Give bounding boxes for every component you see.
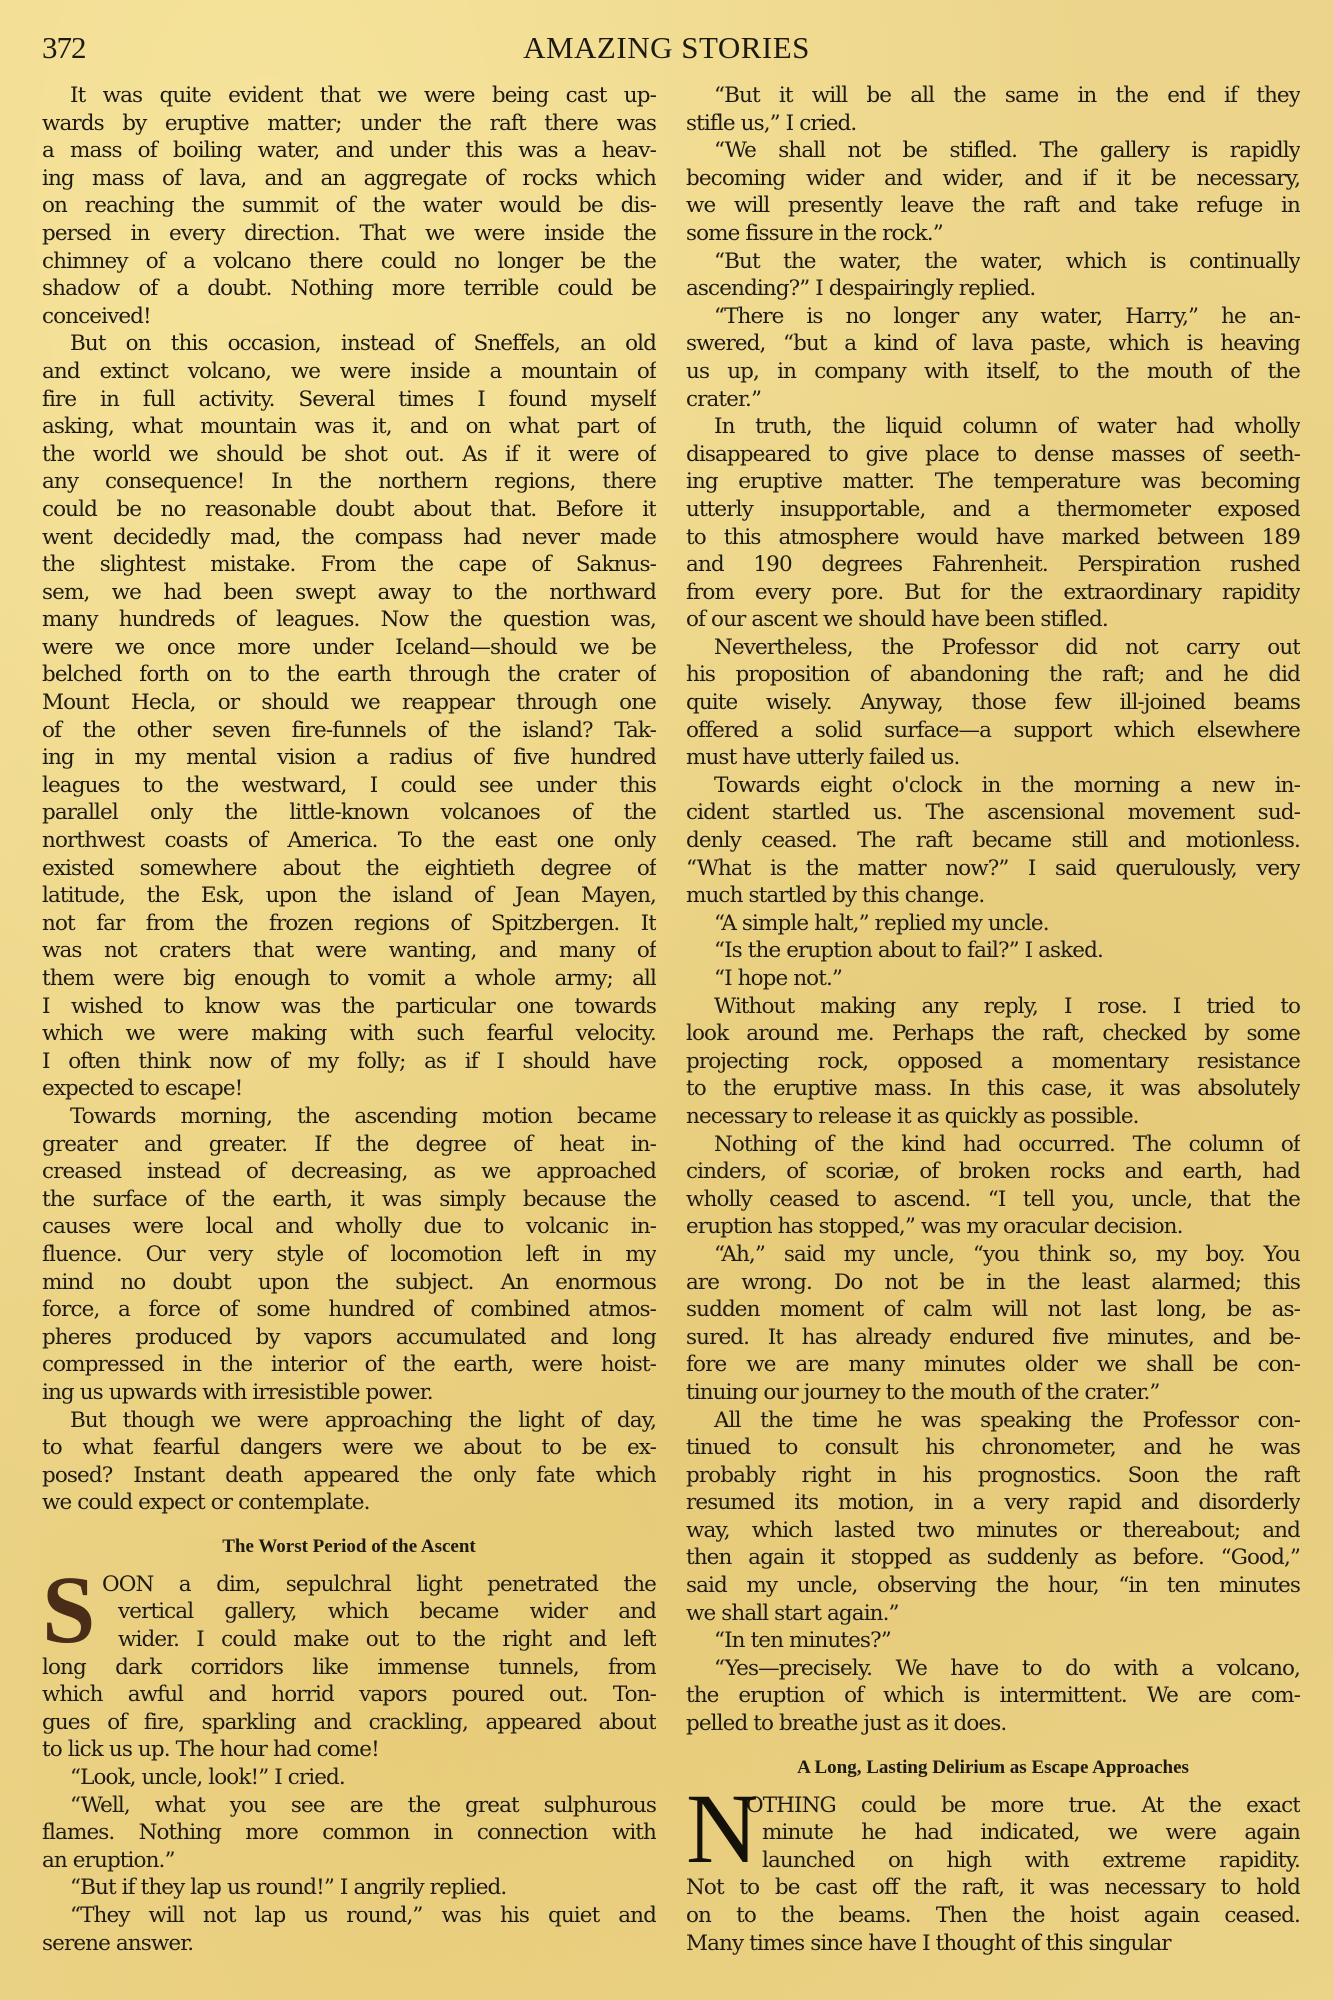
text-line: pelled to breathe just as it does. [686,1710,1300,1738]
text-line: launched on high with extreme rapidity. [686,1847,1300,1875]
text-line: must have utterly failed us. [686,744,1300,772]
paragraph: “Ah,” said my uncle, “you think so, my b… [686,1241,1300,1407]
text-line: “We shall not be stifled. The gallery is… [686,137,1300,165]
text-line: ing us upwards with irresistible power. [42,1379,656,1407]
text-line: much startled by this change. [686,882,1300,910]
text-line: long dark corridors like immense tunnels… [42,1654,656,1682]
text-line: us up, in company with itself, to the mo… [686,358,1300,386]
text-line: “A simple halt,” replied my uncle. [686,910,1300,938]
text-line: “Is the eruption about to fail?” I asked… [686,937,1300,965]
text-line: existed somewhere about the eightieth de… [42,855,656,883]
paragraph: “I hope not.” [686,965,1300,993]
text-line: disappeared to give place to dense masse… [686,441,1300,469]
text-line: utterly insupportable, and a thermometer… [686,496,1300,524]
paragraph: “But it will be all the same in the end … [686,82,1300,137]
text-line: which we were making with such fearful v… [42,1020,656,1048]
text-line: “Well, what you see are the great sulphu… [42,1792,656,1820]
text-line: on reaching the summit of the water woul… [42,192,656,220]
text-line: cident startled us. The ascensional move… [686,799,1300,827]
text-line: “In ten minutes?” [686,1627,1300,1655]
text-line: “There is no longer any water, Harry,” h… [686,303,1300,331]
paragraph: “Yes—precisely. We have to do with a vol… [686,1655,1300,1738]
text-line: ing in my mental vision a radius of five… [42,744,656,772]
text-line: we will presently leave the raft and tak… [686,192,1300,220]
text-line: serene answer. [42,1930,656,1958]
text-line: we could expect or contemplate. [42,1489,656,1517]
text-line: “Look, uncle, look!” I cried. [42,1764,656,1792]
text-line: leagues to the westward, I could see und… [42,772,656,800]
text-line: wards by eruptive matter; under the raft… [42,110,656,138]
text-line: the world we should be shot out. As if i… [42,441,656,469]
text-line: fluence. Our very style of locomotion le… [42,1241,656,1269]
text-line: wholly ceased to ascend. “I tell you, un… [686,1186,1300,1214]
paragraph: “But the water, the water, which is cont… [686,248,1300,303]
text-line: vertical gallery, which became wider and [42,1598,656,1626]
paragraph: Nevertheless, the Professor did not carr… [686,634,1300,772]
text-line: cinders, of scoriæ, of broken rocks and … [686,1158,1300,1186]
text-line: of the other seven fire-funnels of the i… [42,717,656,745]
text-line: could be no reasonable doubt about that.… [42,496,656,524]
right-column: “But it will be all the same in the end … [686,82,1300,1957]
text-line: an eruption.” [42,1847,656,1875]
text-line: way, which lasted two minutes or thereab… [686,1517,1300,1545]
text-line: and extinct volcano, we were inside a mo… [42,358,656,386]
text-line: compressed in the interior of the earth,… [42,1351,656,1379]
text-line: ing mass of lava, and an aggregate of ro… [42,165,656,193]
text-line: look around me. Perhaps the raft, checke… [686,1020,1300,1048]
text-line: we shall start again.” [686,1600,1300,1628]
paragraph: All the time he was speaking the Profess… [686,1407,1300,1628]
text-line: gues of fire, sparkling and crackling, a… [42,1709,656,1737]
text-line: ing eruptive matter. The temperature was… [686,468,1300,496]
text-line: posed? Instant death appeared the only f… [42,1462,656,1490]
text-line: went decidedly mad, the compass had neve… [42,524,656,552]
text-line: mind no doubt upon the subject. An enorm… [42,1269,656,1297]
text-line: of our ascent we should have been stifle… [686,606,1300,634]
text-line: It was quite evident that we were being … [42,82,656,110]
text-line: denly ceased. The raft became still and … [686,827,1300,855]
paragraph: But though we were approaching the light… [42,1407,656,1517]
section-subheading: A Long, Lasting Delirium as Escape Appro… [686,1756,1300,1780]
paragraph: Nothing of the kind had occurred. The co… [686,1131,1300,1241]
text-line: northwest coasts of America. To the east… [42,827,656,855]
text-line: OON a dim, sepulchral light penetrated t… [42,1571,656,1599]
text-line: the eruption of which is intermittent. W… [686,1682,1300,1710]
text-line: I often think now of my folly; as if I s… [42,1048,656,1076]
text-line: OTHING could be more true. At the exact [686,1792,1300,1820]
text-line: “What is the matter now?” I said querulo… [686,855,1300,883]
text-line: Many times since have I thought of this … [686,1930,1300,1958]
text-line: said my uncle, observing the hour, “in t… [686,1572,1300,1600]
text-line: then again it stopped as suddenly as bef… [686,1544,1300,1572]
text-line: force, a force of some hundred of combin… [42,1296,656,1324]
text-line: “I hope not.” [686,965,1300,993]
paragraph: “In ten minutes?” [686,1627,1300,1655]
paragraph: “Is the eruption about to fail?” I asked… [686,937,1300,965]
text-line: was not craters that were wanting, and m… [42,937,656,965]
text-line: conceived! [42,303,656,331]
paragraph: It was quite evident that we were being … [42,82,656,330]
text-line: pheres produced by vapors accumulated an… [42,1324,656,1352]
text-line: creased instead of decreasing, as we app… [42,1158,656,1186]
section-subheading: The Worst Period of the Ascent [42,1535,656,1559]
text-line: projecting rock, opposed a momentary res… [686,1048,1300,1076]
text-line: and 190 degrees Fahrenheit. Perspiration… [686,551,1300,579]
paragraph: Towards morning, the ascending motion be… [42,1103,656,1407]
text-line: “They will not lap us round,” was his qu… [42,1902,656,1930]
text-line: crater.” [686,386,1300,414]
dropcap-letter: N [686,1786,757,1872]
text-line: persed in every direction. That we were … [42,220,656,248]
paragraph: “We shall not be stifled. The gallery is… [686,137,1300,247]
text-line: “Yes—precisely. We have to do with a vol… [686,1655,1300,1683]
text-line: quite wisely. Anyway, those few ill-join… [686,689,1300,717]
text-line: any consequence! In the northern regions… [42,468,656,496]
text-line: “But the water, the water, which is cont… [686,248,1300,276]
paragraph: “There is no longer any water, Harry,” h… [686,303,1300,413]
text-line: wider. I could make out to the right and… [42,1626,656,1654]
text-line: Towards eight o'clock in the morning a n… [686,772,1300,800]
text-line: Towards morning, the ascending motion be… [42,1103,656,1131]
text-line: to lick us up. The hour had come! [42,1736,656,1764]
dropcap-letter: S [42,1567,95,1653]
text-line: “But if they lap us round!” I angrily re… [42,1874,656,1902]
paragraph: But on this occasion, instead of Sneffel… [42,330,656,1103]
text-line: tinued to consult his chronometer, and h… [686,1434,1300,1462]
text-line: necessary to release it as quickly as po… [686,1103,1300,1131]
text-line: shadow of a doubt. Nothing more terrible… [42,275,656,303]
paragraph: “They will not lap us round,” was his qu… [42,1902,656,1957]
running-head: AMAZING STORIES [0,30,1333,66]
text-line: greater and greater. If the degree of he… [42,1131,656,1159]
text-line: from every pore. But for the extraordina… [686,579,1300,607]
paragraph: In truth, the liquid column of water had… [686,413,1300,634]
text-line: offered a solid surface—a support which … [686,717,1300,745]
text-line: flames. Nothing more common in connectio… [42,1819,656,1847]
text-line: minute he had indicated, we were again [686,1819,1300,1847]
paragraph: “Look, uncle, look!” I cried. [42,1764,656,1792]
right-paragraphs: “But it will be all the same in the end … [686,82,1300,1738]
text-line: which awful and horrid vapors poured out… [42,1681,656,1709]
paragraph: “A simple halt,” replied my uncle. [686,910,1300,938]
left-column: It was quite evident that we were being … [42,82,656,1957]
text-line: the surface of the earth, it was simply … [42,1186,656,1214]
text-line: a mass of boiling water, and under this … [42,137,656,165]
text-line: parallel only the little-known volcanoes… [42,799,656,827]
text-line: stifle us,” I cried. [686,110,1300,138]
dropcap-paragraph: S OON a dim, sepulchral light penetrated… [42,1571,656,1764]
text-line: belched forth on to the earth through th… [42,661,656,689]
text-line: In truth, the liquid column of water had… [686,413,1300,441]
left-paragraphs: It was quite evident that we were being … [42,82,656,1517]
text-line: expected to escape! [42,1075,656,1103]
text-line: Nevertheless, the Professor did not carr… [686,634,1300,662]
text-line: fire in full activity. Several times I f… [42,386,656,414]
text-line: fore we are many minutes older we shall … [686,1351,1300,1379]
text-line: sem, we had been swept away to the north… [42,579,656,607]
text-line: “But it will be all the same in the end … [686,82,1300,110]
text-line: sured. It has already endured five minut… [686,1324,1300,1352]
left-paragraphs-after: “Look, uncle, look!” I cried.“Well, what… [42,1764,656,1957]
text-line: But on this occasion, instead of Sneffel… [42,330,656,358]
text-line: some fissure in the rock.” [686,220,1300,248]
text-line: latitude, the Esk, upon the island of Je… [42,882,656,910]
text-line: to the eruptive mass. In this case, it w… [686,1075,1300,1103]
text-line: I wished to know was the particular one … [42,993,656,1021]
text-line: But though we were approaching the light… [42,1407,656,1435]
text-line: to this atmosphere would have marked bet… [686,524,1300,552]
text-line: becoming wider and wider, and if it be n… [686,165,1300,193]
text-line: Without making any reply, I rose. I trie… [686,993,1300,1021]
text-line: sudden moment of calm will not last long… [686,1296,1300,1324]
text-line: eruption has stopped,” was my oracular d… [686,1213,1300,1241]
text-line: causes were local and wholly due to volc… [42,1213,656,1241]
text-line: Not to be cast off the raft, it was nece… [686,1874,1300,1902]
text-line: them were big enough to vomit a whole ar… [42,965,656,993]
text-line: probably right in his prognostics. Soon … [686,1462,1300,1490]
text-line: his proposition of abandoning the raft; … [686,661,1300,689]
paragraph: Towards eight o'clock in the morning a n… [686,772,1300,910]
text-line: Mount Hecla, or should we reappear throu… [42,689,656,717]
text-line: ascending?” I despairingly replied. [686,275,1300,303]
paragraph: “Well, what you see are the great sulphu… [42,1792,656,1875]
text-line: were we once more under Iceland—should w… [42,634,656,662]
text-line: Nothing of the kind had occurred. The co… [686,1131,1300,1159]
text-line: to what fearful dangers were we about to… [42,1434,656,1462]
paragraph: Without making any reply, I rose. I trie… [686,993,1300,1131]
text-line: “Ah,” said my uncle, “you think so, my b… [686,1241,1300,1269]
text-line: the slightest mistake. From the cape of … [42,551,656,579]
text-line: chimney of a volcano there could no long… [42,248,656,276]
text-line: many hundreds of leagues. Now the questi… [42,606,656,634]
text-line: on to the beams. Then the hoist again ce… [686,1902,1300,1930]
text-line: not far from the frozen regions of Spitz… [42,910,656,938]
text-line: swered, “but a kind of lava paste, which… [686,330,1300,358]
paragraph: “But if they lap us round!” I angrily re… [42,1874,656,1902]
text-line: resumed its motion, in a very rapid and … [686,1489,1300,1517]
text-line: All the time he was speaking the Profess… [686,1407,1300,1435]
text-line: are wrong. Do not be in the least alarme… [686,1269,1300,1297]
text-line: tinuing our journey to the mouth of the … [686,1379,1300,1407]
dropcap-paragraph: N OTHING could be more true. At the exac… [686,1792,1300,1958]
text-line: asking, what mountain was it, and on wha… [42,413,656,441]
